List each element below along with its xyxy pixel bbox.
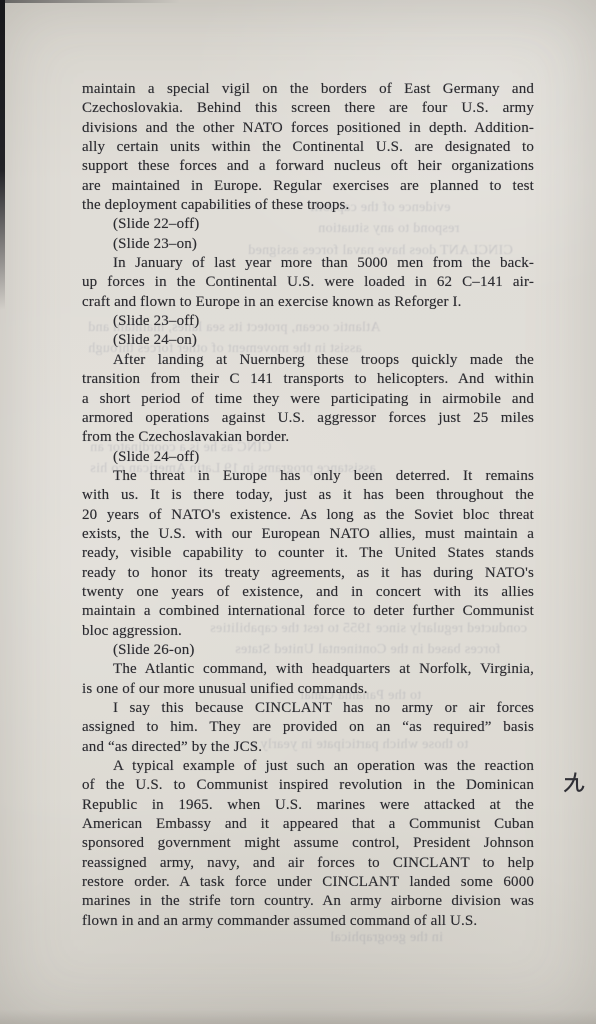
text-line: A typical example of just such an operat… (82, 757, 534, 776)
scan-edge-shadow (0, 0, 5, 310)
page-number-kanji (561, 769, 587, 797)
slide-cue-line: (Slide 24–on) (82, 331, 534, 350)
slide-cue: (Slide 23–off) (82, 312, 534, 331)
paragraph: After landing at Nuernberg these troops … (82, 351, 534, 448)
ghost-showthrough-line: in the geographical (330, 930, 443, 946)
text-line: ready to honor its treaty agreements, as… (82, 564, 534, 583)
scanned-page: evidence of the capabilirespond to any s… (0, 0, 596, 1024)
text-line: I say this because CINCLANT has no army … (82, 699, 534, 718)
text-line: reassigned army, navy, and air forces to… (82, 854, 534, 873)
text-line: bloc aggression. (82, 622, 534, 641)
text-line: a short period of time they were partici… (82, 390, 534, 409)
slide-cue-line: (Slide 22–off) (82, 215, 534, 234)
text-line: In January of last year more than 5000 m… (82, 254, 534, 273)
text-line: maintain a combined international force … (82, 602, 534, 621)
text-line: American Embassy and it appeared that a … (82, 815, 534, 834)
slide-cue: (Slide 24–off) (82, 448, 534, 467)
text-line: twenty one years of existence, and in co… (82, 583, 534, 602)
text-line: transition from their C 141 transports t… (82, 370, 534, 389)
text-line: exists, the U.S. with our European NATO … (82, 525, 534, 544)
paragraph: maintain a special vigil on the borders … (82, 80, 534, 215)
kanji-nine-glyph (561, 769, 587, 797)
text-line: with us. It is there today, just as it h… (82, 486, 534, 505)
text-line: marines in the strife torn country. An a… (82, 892, 534, 911)
text-line: the deployment capabilities of these tro… (82, 196, 534, 215)
paragraph: The threat in Europe has only been deter… (82, 467, 534, 641)
text-line: from the Czechoslavakian border. (82, 428, 534, 447)
text-line: ally certain units within the Continenta… (82, 138, 534, 157)
slide-cue: (Slide 22–off) (82, 215, 534, 234)
text-line: of the U.S. to Communist inspired revolu… (82, 776, 534, 795)
text-line: Czechoslovakia. Behind this screen there… (82, 99, 534, 118)
text-line: flown in and an army commander assumed c… (82, 912, 534, 931)
text-line: craft and flown to Europe in an exercise… (82, 293, 534, 312)
slide-cue: (Slide 26-on) (82, 641, 534, 660)
slide-cue-line: (Slide 26-on) (82, 641, 534, 660)
text-line: divisions and the other NATO forces posi… (82, 119, 534, 138)
slide-cue-line: (Slide 23–on) (82, 235, 534, 254)
text-line: maintain a special vigil on the borders … (82, 80, 534, 99)
text-line: are maintained in Europe. Regular exerci… (82, 177, 534, 196)
slide-cue-line: (Slide 24–off) (82, 448, 534, 467)
text-line: assigned to him. They are provided on an… (82, 718, 534, 737)
text-line: is one of our more unusual unified comma… (82, 680, 534, 699)
text-line: 20 years of NATO's existence. As long as… (82, 506, 534, 525)
paragraph: In January of last year more than 5000 m… (82, 254, 534, 312)
slide-cue: (Slide 23–on) (82, 235, 534, 254)
slide-cue: (Slide 24–on) (82, 331, 534, 350)
text-line: After landing at Nuernberg these troops … (82, 351, 534, 370)
slide-cue-line: (Slide 23–off) (82, 312, 534, 331)
text-line: ready, visible capability to counter it.… (82, 544, 534, 563)
text-line: Republic in 1965. when U.S. marines were… (82, 796, 534, 815)
text-line: support these forces and a forward nucle… (82, 157, 534, 176)
text-line: up forces in the Continental U.S. were l… (82, 273, 534, 292)
text-line: armored operations against U.S. aggresso… (82, 409, 534, 428)
text-line: The threat in Europe has only been deter… (82, 467, 534, 486)
paragraph: The Atlantic command, with headquarters … (82, 660, 534, 699)
scan-top-edge-shadow (0, 0, 180, 3)
paragraph: I say this because CINCLANT has no army … (82, 699, 534, 757)
text-line: sponsored government might assume contro… (82, 834, 534, 853)
text-line: restore order. A task force under CINCLA… (82, 873, 534, 892)
page-text-column: maintain a special vigil on the borders … (82, 80, 534, 931)
text-line: and “as directed” by the JCS. (82, 738, 534, 757)
text-line: The Atlantic command, with headquarters … (82, 660, 534, 679)
paragraph: A typical example of just such an operat… (82, 757, 534, 931)
